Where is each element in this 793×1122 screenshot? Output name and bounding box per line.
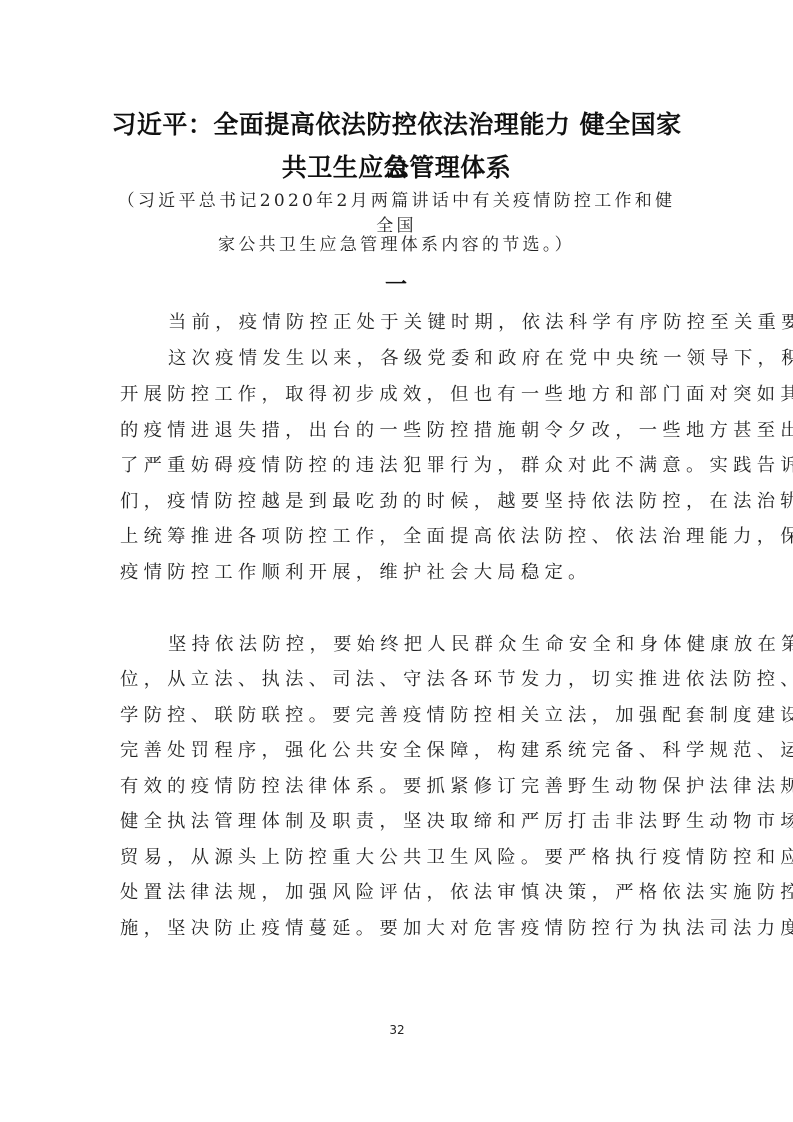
paragraph-2-line-7: 疫情防控工作顺利开展，维护社会大局稳定。 [120,561,680,585]
paragraph-3-line-3: 学防控、联防联控。要完善疫情防控相关立法，加强配套制度建设， [120,704,680,728]
paragraph-2-line-5: 们，疫情防控越是到最吃劲的时候，越要坚持依法防控，在法治轨道 [120,490,680,514]
paragraph-3-line-8: 处置法律法规，加强风险评估，依法审慎决策，严格依法实施防控措 [120,881,680,905]
paragraph-3-line-6: 健全执法管理体制及职责，坚决取缔和严厉打击非法野生动物市场和 [120,810,680,834]
document-page: 习近平：全面提高依法防控依法治理能力 健全国家公 共卫生应急管理体系 （习近平总… [0,0,793,1122]
page-number: 32 [380,1023,414,1037]
paragraph-2-line-6: 上统筹推进各项防控工作，全面提高依法防控、依法治理能力，保障 [120,525,680,549]
paragraph-3-line-2: 位，从立法、执法、司法、守法各环节发力，切实推进依法防控、科 [120,668,680,692]
paragraph-3-line-9: 施，坚决防止疫情蔓延。要加大对危害疫情防控行为执法司法力度， [120,917,680,941]
document-subtitle-line-1: （习近平总书记2020年2月两篇讲话中有关疫情防控工作和健全国 [110,186,683,236]
paragraph-3-line-4: 完善处罚程序，强化公共安全保障，构建系统完备、科学规范、运行 [120,739,680,763]
paragraph-2-line-4: 了严重妨碍疫情防控的违法犯罪行为，群众对此不满意。实践告诉我 [120,454,680,478]
document-subtitle-line-2: 家公共卫生应急管理体系内容的节选。） [110,230,683,255]
paragraph-3-line-1: 坚持依法防控，要始终把人民群众生命安全和身体健康放在第一 [168,633,728,657]
section-number: 一 [384,268,408,299]
document-title-line-2: 共卫生应急管理体系 [110,146,683,189]
paragraph-2-line-2: 开展防控工作，取得初步成效，但也有一些地方和部门面对突如其来 [120,383,680,407]
paragraph-3-line-7: 贸易，从源头上防控重大公共卫生风险。要严格执行疫情防控和应急 [120,846,680,870]
paragraph-3-line-5: 有效的疫情防控法律体系。要抓紧修订完善野生动物保护法律法规， [120,775,680,799]
paragraph-1-line-1: 当前，疫情防控正处于关键时期，依法科学有序防控至关重要。 [168,311,728,335]
paragraph-2-line-1: 这次疫情发生以来，各级党委和政府在党中央统一领导下，积极 [168,347,728,371]
paragraph-2-line-3: 的疫情进退失措，出台的一些防控措施朝令夕改，一些地方甚至出现 [120,419,680,443]
